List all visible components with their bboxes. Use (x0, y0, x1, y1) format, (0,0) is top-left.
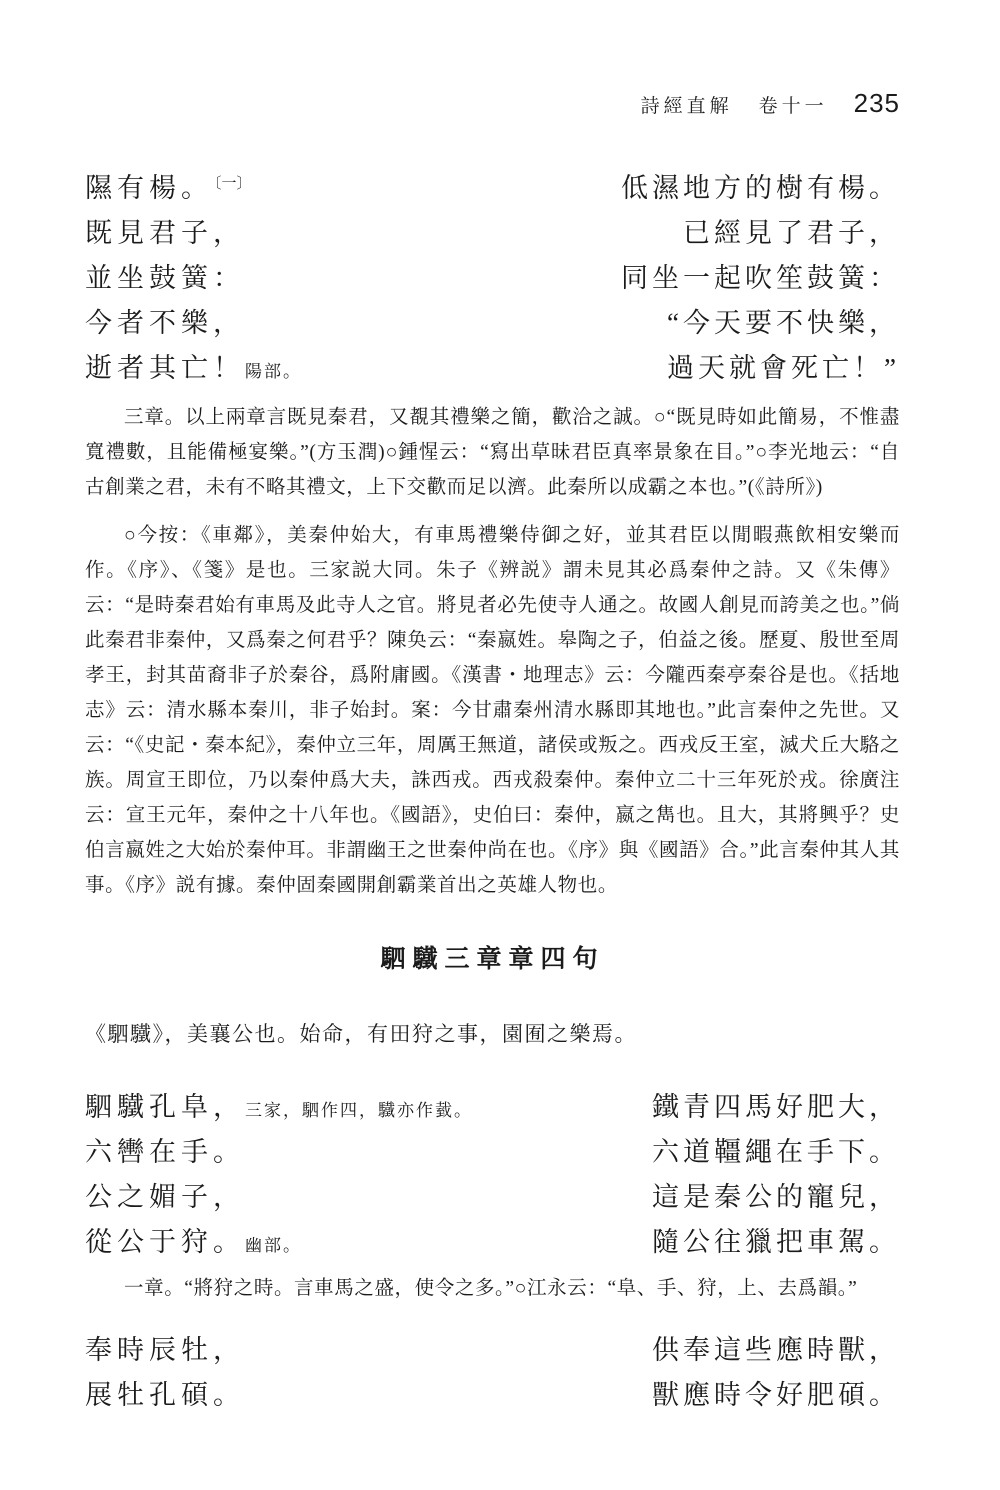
poem-source-text: 六轡在手。 (85, 1130, 245, 1175)
page-header: 詩經直解 卷十一 235 (85, 88, 900, 118)
poem-translation-text: 獸應時令好肥碩。 (652, 1373, 900, 1418)
poem-translation-text: “今天要不快樂， (667, 301, 900, 346)
source-verse: 逝者其亡！ (85, 353, 245, 383)
poem-source-text: 逝者其亡！陽部。 (85, 346, 302, 394)
poem-line: 駟驖孔阜，三家，駟作四，驖亦作臷。 鐵青四馬好肥大， (85, 1085, 900, 1130)
textual-variant-note: 三家，駟作四，驖亦作臷。 (245, 1101, 473, 1120)
poem-line: 奉時辰牡， 供奉這些應時獸， (85, 1328, 900, 1373)
poem-translation-text: 鐵青四馬好肥大， (652, 1085, 900, 1130)
poem-source-text: 今者不樂， (85, 301, 245, 346)
poem-translation-text: 六道韁繩在手下。 (652, 1130, 900, 1175)
poem-source-text: 駟驖孔阜，三家，駟作四，驖亦作臷。 (85, 1085, 473, 1133)
poem-source-text: 並坐鼓簧： (85, 256, 245, 301)
commentary-section: 三章。以上兩章言既見秦君，又覩其禮樂之簡，歡洽之誠。○“既見時如此簡易，不惟盡寬… (85, 400, 900, 903)
poem-translation-text: 同坐一起吹笙鼓簧： (621, 256, 900, 301)
poem-translation-text: 已經見了君子， (683, 211, 900, 256)
poem-translation-text: 過天就會死亡！” (667, 346, 900, 391)
book-title: 詩經直解 (641, 91, 733, 118)
editor-commentary: ○今按：《車鄰》，美秦仲始大，有車馬禮樂侍御之好，並其君臣以閒暇燕飲相安樂而作。… (85, 518, 900, 903)
poem-translation-text: 這是秦公的寵兒， (652, 1175, 900, 1220)
chapter-commentary: 三章。以上兩章言既見秦君，又覩其禮樂之簡，歡洽之誠。○“既見時如此簡易，不惟盡寬… (85, 400, 900, 505)
poem-line: 既見君子， 已經見了君子， (85, 211, 900, 256)
poem-translation-text: 供奉這些應時獸， (652, 1328, 900, 1373)
page-number: 235 (854, 88, 900, 119)
poem-si-tie-stanza2: 奉時辰牡， 供奉這些應時獸， 展牡孔碩。 獸應時令好肥碩。 (85, 1328, 900, 1418)
poem-source-text: 既見君子， (85, 211, 245, 256)
poem-source-text: 隰有楊。〔一〕 (85, 166, 252, 216)
stanza-commentary: 一章。“將狩之時。言車馬之盛，使令之多。”○江永云：“阜、手、狩，上、去爲韻。” (85, 1271, 900, 1306)
poem-line: 從公于狩。幽部。 隨公往獵把車駕。 (85, 1220, 900, 1265)
poem-si-tie-stanza1: 駟驖孔阜，三家，駟作四，驖亦作臷。 鐵青四馬好肥大， 六轡在手。 六道韁繩在手下… (85, 1085, 900, 1265)
footnote-marker: 〔一〕 (214, 176, 252, 192)
poem-source-text: 公之媚子， (85, 1175, 245, 1220)
rhyme-group-note: 幽部。 (245, 1236, 302, 1255)
book-page: 詩經直解 卷十一 235 隰有楊。〔一〕 低濕地方的樹有楊。 既見君子， 已經見… (0, 0, 1000, 1490)
poem-line: 公之媚子， 這是秦公的寵兒， (85, 1175, 900, 1220)
section-preface: 《駟驖》，美襄公也。始命，有田狩之事，園囿之樂焉。 (85, 1019, 900, 1049)
poem-line: 展牡孔碩。 獸應時令好肥碩。 (85, 1373, 900, 1418)
poem-source-text: 奉時辰牡， (85, 1328, 245, 1373)
poem-line: 隰有楊。〔一〕 低濕地方的樹有楊。 (85, 166, 900, 211)
source-verse: 駟驖孔阜， (85, 1092, 245, 1122)
rhyme-group-note: 陽部。 (245, 362, 302, 381)
poem-line: 六轡在手。 六道韁繩在手下。 (85, 1130, 900, 1175)
volume-label: 卷十一 (759, 91, 828, 118)
section-title: 駟驖三章章四句 (85, 939, 900, 975)
poem-source-text: 展牡孔碩。 (85, 1373, 245, 1418)
poem-translation-text: 低濕地方的樹有楊。 (621, 166, 900, 211)
source-verse: 從公于狩。 (85, 1227, 245, 1257)
poem-line: 並坐鼓簧： 同坐一起吹笙鼓簧： (85, 256, 900, 301)
poem-translation-text: 隨公往獵把車駕。 (652, 1220, 900, 1265)
poem-line: 逝者其亡！陽部。 過天就會死亡！” (85, 346, 900, 391)
poem-source-text: 從公于狩。幽部。 (85, 1220, 302, 1268)
source-verse: 隰有楊。 (85, 173, 213, 203)
poem-che-lin-stanza: 隰有楊。〔一〕 低濕地方的樹有楊。 既見君子， 已經見了君子， 並坐鼓簧： 同坐… (85, 166, 900, 391)
poem-line: 今者不樂， “今天要不快樂， (85, 301, 900, 346)
